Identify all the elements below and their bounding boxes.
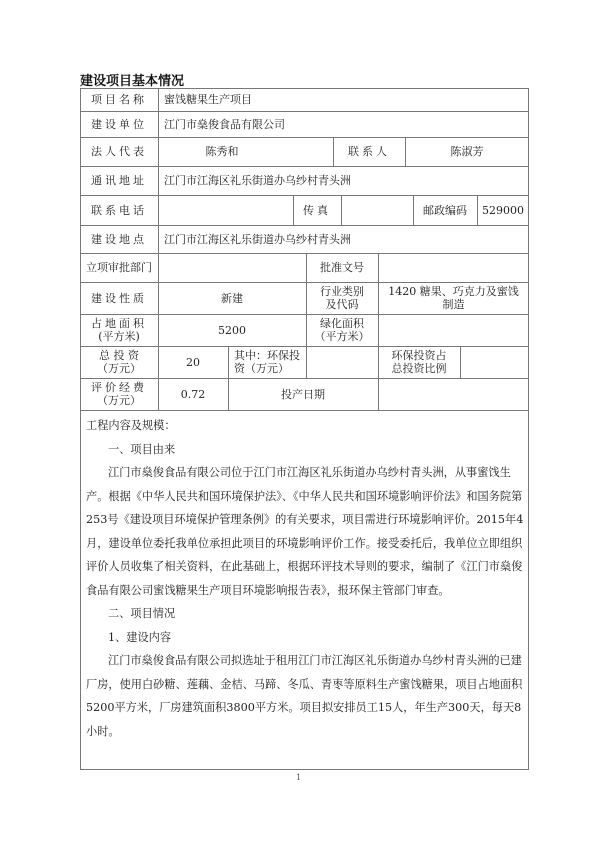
section-heading-status: 二、项目情况 xyxy=(86,602,524,626)
project-name-value: 蜜饯糖果生产项目 xyxy=(158,88,529,111)
legal-rep-value: 陈秀和 xyxy=(158,137,286,166)
env-investment-label-line1: 其中：环保投 xyxy=(234,349,300,362)
site-label: 建设地点 xyxy=(80,225,158,253)
origin-paragraph: 江门市燊俊食品有限公司位于江门市江海区礼乐街道办乌纱村青头洲，从事蜜饯生产。根据… xyxy=(86,461,524,602)
phone-label: 联系电话 xyxy=(80,195,158,225)
nature-value: 新建 xyxy=(158,282,306,314)
green-area-label: 绿化面积 （平方米） xyxy=(306,314,378,346)
investment-label-line2: （万元） xyxy=(97,362,141,375)
approval-doc-label: 批准文号 xyxy=(306,253,378,282)
content-heading: 工程内容及规模： xyxy=(86,414,524,438)
industry-value: 1420 糖果、巧克力及蜜饯制造 xyxy=(378,282,529,314)
env-ratio-label-line1: 环保投资占 xyxy=(392,349,447,362)
env-ratio-label: 环保投资占 总投资比例 xyxy=(378,346,460,378)
builder-label: 建设单位 xyxy=(80,111,158,137)
approval-dept-label: 立项审批部门 xyxy=(80,253,158,282)
investment-label-line1: 总 投 资 xyxy=(99,349,139,362)
contact-label: 联系人 xyxy=(333,137,405,166)
industry-label-line1: 行业类别 xyxy=(320,285,364,298)
approval-doc-value xyxy=(378,253,529,282)
fee-value: 0.72 xyxy=(158,378,228,410)
area-label-line2: (平方米) xyxy=(98,330,140,343)
postcode-value: 529000 xyxy=(477,195,529,225)
construction-paragraph: 江门市燊俊食品有限公司拟选址于租用江门市江海区礼乐街道办乌纱村青头洲的已建厂房，… xyxy=(86,649,524,743)
page-number: 1 xyxy=(296,773,301,782)
builder-value: 江门市燊俊食品有限公司 xyxy=(158,111,529,137)
address-label: 通讯地址 xyxy=(80,166,158,195)
approval-dept-value xyxy=(158,253,306,282)
env-investment-label-line2: 资（万元） xyxy=(234,362,289,375)
area-label: 占地面积 (平方米) xyxy=(80,314,158,346)
contact-value: 陈淑芳 xyxy=(405,137,529,166)
site-value: 江门市江海区礼乐街道办乌纱村青头洲 xyxy=(158,225,529,253)
industry-label-line2: 及代码 xyxy=(326,298,359,311)
address-value: 江门市江海区礼乐街道办乌纱村青头洲 xyxy=(158,166,529,195)
fee-label-line2: （万元） xyxy=(97,394,141,407)
postcode-label: 邮政编码 xyxy=(413,195,477,225)
fee-label: 评价经费 （万元） xyxy=(80,378,158,410)
env-ratio-label-line2: 总投资比例 xyxy=(392,362,447,375)
industry-label: 行业类别 及代码 xyxy=(306,282,378,314)
nature-label: 建设性质 xyxy=(80,282,158,314)
subsection-heading-construction: 1、建设内容 xyxy=(86,626,524,650)
project-name-label: 项目名称 xyxy=(80,88,158,111)
project-content: 工程内容及规模： 一、项目由来 江门市燊俊食品有限公司位于江门市江海区礼乐街道办… xyxy=(86,414,524,743)
green-area-label-line1: 绿化面积 xyxy=(320,317,364,330)
page-title: 建设项目基本情况 xyxy=(80,70,184,89)
env-investment-label: 其中：环保投 资（万元） xyxy=(228,346,306,378)
area-label-line1: 占地面积 xyxy=(91,317,147,330)
investment-value: 20 xyxy=(158,346,228,378)
production-date-value xyxy=(378,378,529,410)
section-heading-origin: 一、项目由来 xyxy=(86,438,524,462)
production-date-label: 投产日期 xyxy=(228,378,378,410)
fax-value xyxy=(341,195,413,225)
legal-rep-label: 法人代表 xyxy=(80,137,158,166)
green-area-label-line2: （平方米） xyxy=(315,330,370,343)
investment-label: 总 投 资 （万元） xyxy=(80,346,158,378)
area-value: 5200 xyxy=(158,314,306,346)
fee-label-line1: 评价经费 xyxy=(91,381,147,394)
fax-label: 传真 xyxy=(293,195,341,225)
phone-value xyxy=(158,195,293,225)
env-investment-value xyxy=(306,346,378,378)
row-divider xyxy=(80,410,529,411)
green-area-value xyxy=(378,314,529,346)
env-ratio-value xyxy=(460,346,529,378)
